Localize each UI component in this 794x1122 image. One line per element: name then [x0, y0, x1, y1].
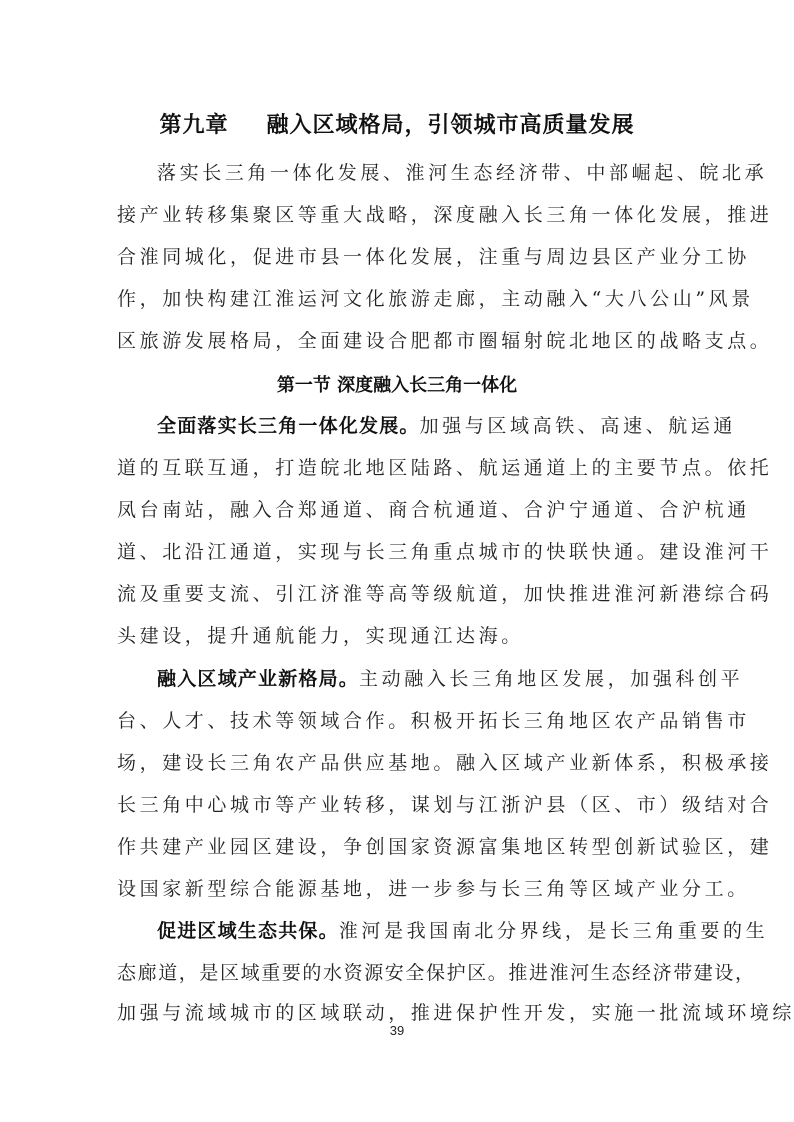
paragraph-line: 流及重要支流、引江济淮等高等级航道，加快推进淮河新港综合码 — [117, 581, 677, 607]
paragraph-first-line: 融入区域产业新格局。主动融入长三角地区发展，加强科创平 — [157, 666, 717, 692]
intro-line: 区旅游发展格局，全面建设合肥都市圈辐射皖北地区的战略支点。 — [117, 328, 677, 354]
intro-line: 落实长三角一体化发展、淮河生态经济带、中部崛起、皖北承 — [157, 160, 717, 186]
paragraph-line: 场，建设长三角农产品供应基地。融入区域产业新体系，积极承接 — [117, 750, 677, 776]
paragraph-line: 态廊道，是区域重要的水资源安全保护区。推进淮河生态经济带建设， — [117, 960, 677, 986]
chapter-title: 第九章融入区域格局，引领城市高质量发展 — [0, 108, 794, 139]
paragraph-line: 凤台南站，融入合郑通道、商合杭通道、合沪宁通道、合沪杭通 — [117, 497, 677, 523]
paragraph-line: 长三角中心城市等产业转移，谋划与江浙沪县（区、市）级结对合 — [117, 792, 677, 818]
paragraph-heading: 全面落实长三角一体化发展。 — [157, 415, 420, 437]
paragraph-line: 头建设，提升通航能力，实现通江达海。 — [117, 623, 677, 649]
chapter-heading: 融入区域格局，引领城市高质量发展 — [267, 113, 635, 138]
paragraph-heading: 促进区域生态共保。 — [157, 920, 339, 942]
chapter-number: 第九章 — [159, 113, 228, 138]
paragraph-heading: 融入区域产业新格局。 — [157, 668, 359, 690]
paragraph-line: 台、人才、技术等领域合作。积极开拓长三角地区农产品销售市 — [117, 708, 677, 734]
intro-line: 合淮同城化，促进市县一体化发展，注重与周边县区产业分工协 — [117, 244, 677, 270]
paragraph-text: 加强与区域高铁、高速、航运通 — [420, 415, 736, 437]
paragraph-text: 主动融入长三角地区发展，加强科创平 — [359, 668, 743, 690]
document-page: 第九章融入区域格局，引领城市高质量发展 落实长三角一体化发展、淮河生态经济带、中… — [0, 0, 794, 1122]
intro-line: 接产业转移集聚区等重大战略，深度融入长三角一体化发展，推进 — [117, 202, 677, 228]
paragraph-line: 道、北沿江通道，实现与长三角重点城市的快联快通。建设淮河干 — [117, 539, 677, 565]
paragraph-first-line: 促进区域生态共保。淮河是我国南北分界线，是长三角重要的生 — [157, 918, 717, 944]
paragraph-line: 作共建产业园区建设，争创国家资源富集地区转型创新试验区，建 — [117, 834, 677, 860]
paragraph-text: 淮河是我国南北分界线，是长三角重要的生 — [339, 920, 768, 942]
page-number: 39 — [0, 1023, 794, 1038]
section-title: 第一节 深度融入长三角一体化 — [0, 371, 794, 397]
paragraph-line: 道的互联互通，打造皖北地区陆路、航运通道上的主要节点。依托 — [117, 455, 677, 481]
paragraph-first-line: 全面落实长三角一体化发展。加强与区域高铁、高速、航运通 — [157, 413, 717, 439]
intro-line: 作，加快构建江淮运河文化旅游走廊，主动融入“大八公山”风景 — [117, 286, 677, 312]
paragraph-line: 设国家新型综合能源基地，进一步参与长三角等区域产业分工。 — [117, 876, 677, 902]
